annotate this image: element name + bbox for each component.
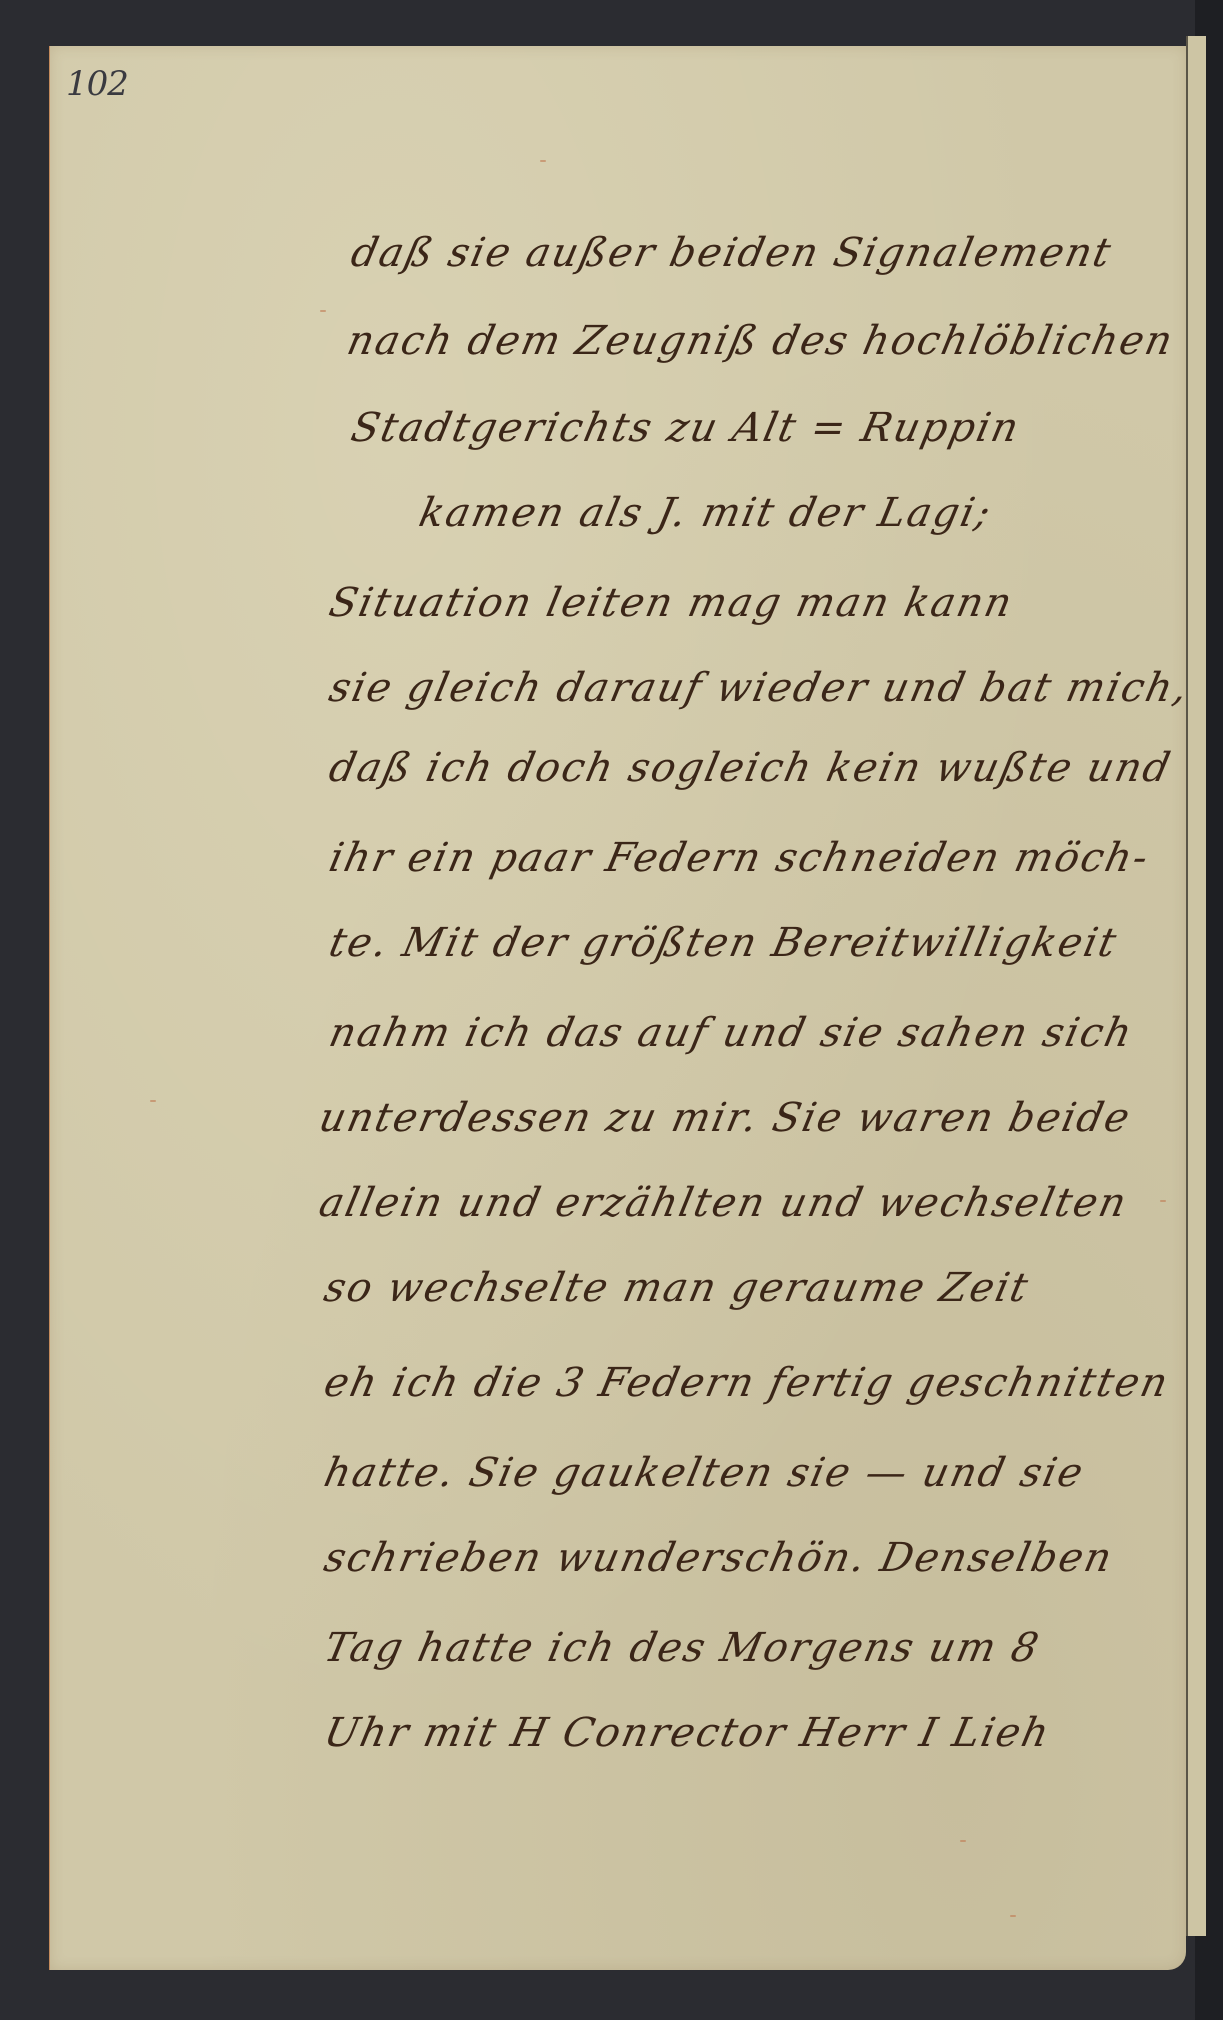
handwritten-line: so wechselte man geraume Zeit: [320, 1265, 1034, 1311]
handwritten-line: eh ich die 3 Federn fertig geschnitten: [320, 1360, 1174, 1406]
handwritten-line: daß ich doch sogleich kein wußte und: [325, 745, 1176, 791]
paper-fleck: [150, 1100, 156, 1102]
handwritten-line: te. Mit der größten Bereitwilligkeit: [325, 920, 1122, 966]
paper-fleck: [1010, 1915, 1016, 1917]
handwritten-line: allein und erzählten und wechselten: [315, 1180, 1132, 1226]
handwritten-line: sie gleich darauf wieder und bat mich,: [325, 665, 1193, 711]
handwritten-line: Situation leiten mag man kann: [325, 580, 1018, 626]
adjacent-page-edge: [1186, 36, 1206, 1936]
handwritten-line: Uhr mit H Conrector Herr I Lieh: [320, 1710, 1055, 1756]
handwritten-line: schrieben wunderschön. Denselben: [320, 1535, 1117, 1581]
handwritten-line: nach dem Zeugniß des hochlöblichen: [343, 318, 1178, 364]
paper-fleck: [320, 310, 326, 312]
paper-fleck: [1160, 1200, 1166, 1202]
folio-number: 102: [66, 64, 128, 104]
handwritten-line: hatte. Sie gaukelten sie — und sie: [320, 1450, 1089, 1496]
paper-fleck: [960, 1840, 966, 1842]
paper-fleck: [540, 160, 546, 162]
handwritten-line: Tag hatte ich des Morgens um 8: [320, 1625, 1044, 1671]
handwritten-line: daß sie außer beiden Signalement: [347, 230, 1116, 276]
handwritten-line: nahm ich das auf und sie sahen sich: [325, 1010, 1138, 1056]
handwritten-line: unterdessen zu mir. Sie waren beide: [315, 1095, 1135, 1141]
handwritten-line: kamen als J. mit der Lagi;: [415, 490, 996, 536]
handwritten-line: ihr ein paar Federn schneiden möch-: [325, 835, 1154, 881]
handwritten-line: Stadtgerichts zu Alt = Ruppin: [347, 405, 1024, 451]
